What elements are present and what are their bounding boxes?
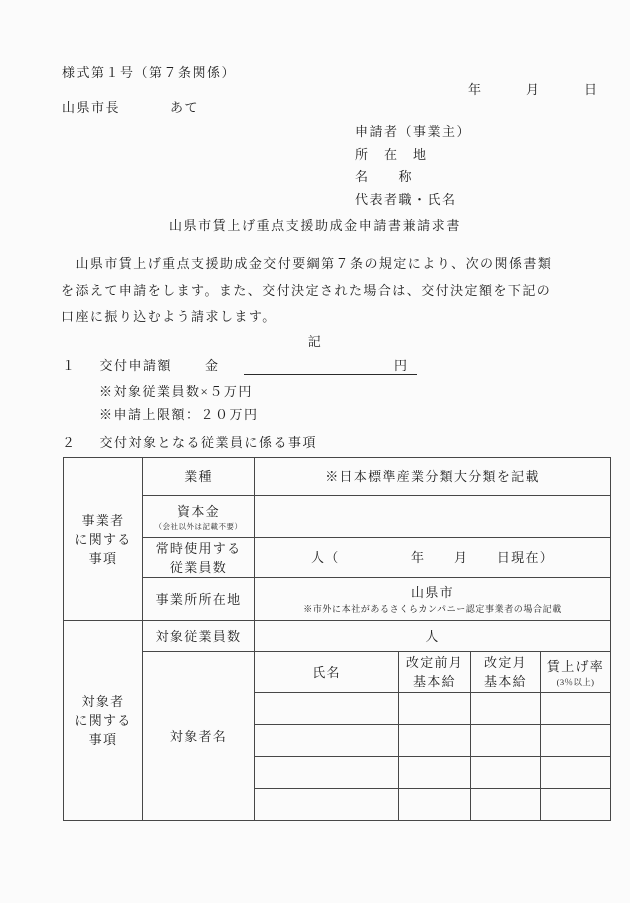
- column-header-name: 氏名: [255, 652, 399, 693]
- applicant-block: 申請者（事業主） 所 在 地 名 称 代表者職・氏名: [355, 121, 471, 211]
- item1-number: １: [62, 358, 77, 373]
- before-pay-blank-cell: [399, 789, 471, 821]
- target-count-value-cell: 人: [255, 621, 611, 652]
- target-names-label-cell: 対象者名: [143, 652, 255, 821]
- section2-heading: 交付対象となる従業員に係る事項: [100, 435, 318, 450]
- regular-employees-label-cell: 常時使用する 従業員数: [143, 538, 255, 578]
- employee-details-table: 事業者 に関する 事項 業種 ※日本標準産業分類大分類を記載 資本金 （会社以外…: [63, 457, 611, 821]
- raise-rate-blank-cell: [541, 757, 611, 789]
- target-count-label-cell: 対象従業員数: [143, 621, 255, 652]
- column-header-raise-rate: 賃上げ率 (3％以上): [541, 652, 611, 693]
- section2-heading-line: ２交付対象となる従業員に係る事項: [62, 432, 317, 451]
- raise-rate-blank-cell: [541, 789, 611, 821]
- before-pay-blank-cell: [399, 725, 471, 757]
- amount-note-1: ※対象従業員数×５万円: [99, 381, 253, 400]
- currency-prefix: 金: [205, 358, 220, 373]
- group-business-cell: 事業者 に関する 事項: [64, 458, 143, 621]
- after-pay-blank-cell: [471, 693, 541, 725]
- column-header-before-pay: 改定前月 基本給: [399, 652, 471, 693]
- industry-label-cell: 業種: [143, 458, 255, 496]
- applicant-line: 申請者（事業主）: [355, 121, 471, 144]
- capital-value-cell: [255, 496, 611, 538]
- name-blank-cell: [255, 757, 399, 789]
- section2-number: ２: [62, 435, 77, 450]
- office-location-value: 山県市: [255, 583, 610, 602]
- paragraph-line-2: を添えて申請をします。また、交付決定された場合は、交付決定額を下記の: [61, 278, 573, 305]
- document-page: 様式第１号（第７条関係） 年 月 日 山県市長あて 申請者（事業主） 所 在 地…: [0, 0, 630, 903]
- after-pay-blank-cell: [471, 725, 541, 757]
- raise-rate-threshold: (3％以上): [541, 676, 610, 688]
- capital-note: （会社以外は記載不要）: [143, 521, 254, 532]
- applicant-address-line: 所 在 地: [355, 144, 471, 167]
- office-location-note: ※市外に本社があるさくらカンパニー認定事業者の場合記載: [255, 602, 610, 616]
- applicant-name-line: 名 称: [355, 166, 471, 189]
- paragraph-line-1: 山県市賃上げ重点支援助成金交付要綱第７条の規定により、次の関係書類: [61, 251, 573, 278]
- item1-label: 交付申請額: [100, 358, 173, 373]
- addressee-name: 山県市長: [62, 100, 120, 115]
- capital-label-cell: 資本金 （会社以外は記載不要）: [143, 496, 255, 538]
- before-pay-blank-cell: [399, 757, 471, 789]
- addressee-suffix: あて: [170, 100, 199, 115]
- name-blank-cell: [255, 725, 399, 757]
- office-location-label-cell: 事業所所在地: [143, 578, 255, 621]
- amount-blank-line: 円: [244, 355, 417, 375]
- record-marker: 記: [0, 331, 630, 350]
- before-pay-blank-cell: [399, 693, 471, 725]
- document-title: 山県市賃上げ重点支援助成金申請書兼請求書: [0, 215, 630, 234]
- paragraph-line-3: 口座に振り込むよう請求します。: [61, 304, 573, 331]
- group-target-cell: 対象者 に関する 事項: [64, 621, 143, 821]
- industry-value-cell: ※日本標準産業分類大分類を記載: [255, 458, 611, 496]
- after-pay-blank-cell: [471, 789, 541, 821]
- raise-rate-blank-cell: [541, 693, 611, 725]
- raise-rate-label: 賃上げ率: [547, 659, 604, 674]
- date-line: 年 月 日: [468, 79, 599, 98]
- form-number: 様式第１号（第７条関係）: [62, 62, 236, 81]
- raise-rate-blank-cell: [541, 725, 611, 757]
- name-blank-cell: [255, 789, 399, 821]
- regular-employees-value-cell: 人（ 年 月 日現在）: [255, 538, 611, 578]
- after-pay-blank-cell: [471, 757, 541, 789]
- body-paragraph: 山県市賃上げ重点支援助成金交付要綱第７条の規定により、次の関係書類 を添えて申請…: [61, 251, 573, 331]
- capital-label: 資本金: [177, 504, 220, 519]
- applicant-representative-line: 代表者職・氏名: [355, 189, 471, 212]
- column-header-after-pay: 改定月 基本給: [471, 652, 541, 693]
- grant-amount-line: １交付申請額金円: [62, 355, 417, 375]
- addressee-line: 山県市長あて: [62, 97, 199, 116]
- amount-note-2: ※申請上限額：２０万円: [99, 404, 259, 423]
- office-location-value-cell: 山県市 ※市外に本社があるさくらカンパニー認定事業者の場合記載: [255, 578, 611, 621]
- name-blank-cell: [255, 693, 399, 725]
